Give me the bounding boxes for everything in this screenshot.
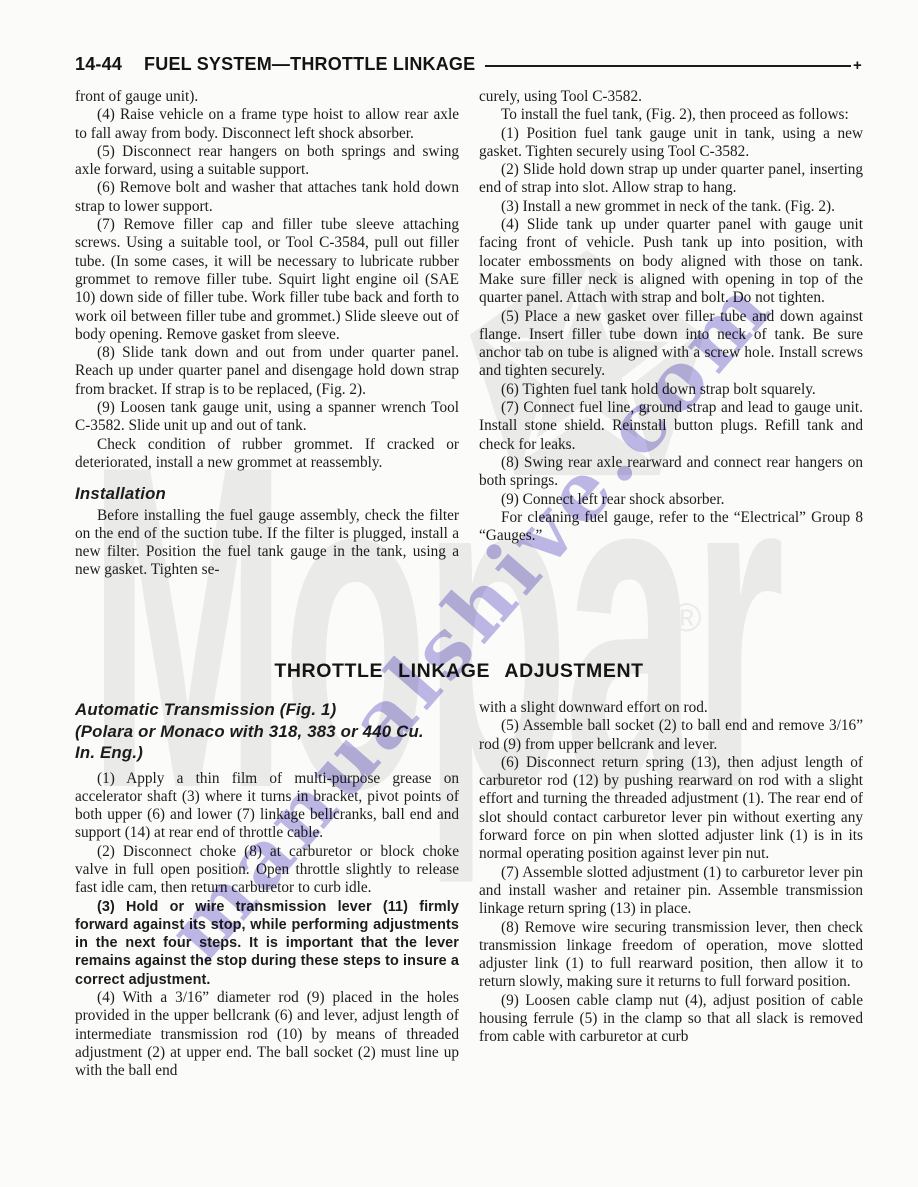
paragraph: For cleaning fuel gauge, refer to the “E…: [479, 509, 863, 546]
right-column-bottom: with a slight downward effort on rod.(5)…: [479, 699, 863, 1047]
paragraph: (2) Slide hold down strap up under quart…: [479, 161, 863, 198]
right-column-top: curely, using Tool C-3582.To install the…: [479, 88, 863, 545]
section-title: THROTTLE LINKAGE ADJUSTMENT: [0, 660, 918, 683]
paragraph-group: Before installing the fuel gauge assembl…: [75, 507, 459, 580]
paragraph: (1) Apply a thin film of multi-purpose g…: [75, 770, 459, 843]
paragraph: (5) Assemble ball socket (2) to ball end…: [479, 717, 863, 754]
paragraph: (9) Loosen tank gauge unit, using a span…: [75, 399, 459, 436]
left-column-top: front of gauge unit).(4) Raise vehicle o…: [75, 88, 459, 580]
installation-heading: Installation: [75, 485, 459, 503]
paragraph: (5) Place a new gasket over filler tube …: [479, 308, 863, 381]
running-header: 14-44 FUEL SYSTEM—THROTTLE LINKAGE +: [75, 54, 862, 75]
paragraph: Check condition of rubber grommet. If cr…: [75, 436, 459, 473]
paragraph: (8) Remove wire securing transmission le…: [479, 919, 863, 992]
paragraph: (4) Slide tank up under quarter panel wi…: [479, 216, 863, 307]
paragraph: (5) Disconnect rear hangers on both spri…: [75, 143, 459, 180]
registered-trademark-icon: ®: [672, 596, 701, 641]
paragraph: (7) Assemble slotted adjustment (1) to c…: [479, 864, 863, 919]
paragraph: Before installing the fuel gauge assembl…: [75, 507, 459, 580]
paragraph-group: with a slight downward effort on rod.(5)…: [479, 699, 863, 1047]
subsection-heading: Automatic Transmission (Fig. 1) (Polara …: [75, 699, 459, 764]
paragraph: with a slight downward effort on rod.: [479, 699, 863, 717]
paragraph: (3) Install a new grommet in neck of the…: [479, 198, 863, 216]
paragraph: (4) Raise vehicle on a frame type hoist …: [75, 106, 459, 143]
subsection-heading-line: (Polara or Monaco with 318, 383 or 440 C…: [75, 721, 459, 743]
paragraph-group: curely, using Tool C-3582.To install the…: [479, 88, 863, 545]
header-rule: [485, 65, 851, 67]
subsection-heading-line: Automatic Transmission (Fig. 1): [75, 699, 459, 721]
paragraph: (1) Position fuel tank gauge unit in tan…: [479, 125, 863, 162]
paragraph: curely, using Tool C-3582.: [479, 88, 863, 106]
paragraph: (3) Hold or wire transmission lever (11)…: [75, 898, 459, 989]
paragraph: (9) Loosen cable clamp nut (4), adjust p…: [479, 992, 863, 1047]
paragraph-group: (1) Apply a thin film of multi-purpose g…: [75, 770, 459, 1081]
paragraph: (2) Disconnect choke (8) at carburetor o…: [75, 843, 459, 898]
paragraph: (6) Remove bolt and washer that attaches…: [75, 179, 459, 216]
paragraph: (7) Connect fuel line, ground strap and …: [479, 399, 863, 454]
paragraph: (6) Tighten fuel tank hold down strap bo…: [479, 381, 863, 399]
paragraph: (8) Slide tank down and out from under q…: [75, 344, 459, 399]
paragraph: To install the fuel tank, (Fig. 2), then…: [479, 106, 863, 124]
paragraph: (7) Remove filler cap and filler tube sl…: [75, 216, 459, 344]
paragraph-group: front of gauge unit).(4) Raise vehicle o…: [75, 88, 459, 472]
paragraph: front of gauge unit).: [75, 88, 459, 106]
subsection-heading-line: In. Eng.): [75, 742, 459, 764]
page-number: 14-44: [75, 54, 122, 75]
page-title: FUEL SYSTEM—THROTTLE LINKAGE: [144, 54, 475, 75]
paragraph: (9) Connect left rear shock absorber.: [479, 491, 863, 509]
left-column-bottom: Automatic Transmission (Fig. 1) (Polara …: [75, 699, 459, 1081]
paragraph: (4) With a 3/16” diameter rod (9) placed…: [75, 989, 459, 1080]
paragraph: (8) Swing rear axle rearward and connect…: [479, 454, 863, 491]
manual-page: Mopar ® 14-44 FUEL SYSTEM—THROTTLE LINKA…: [0, 0, 918, 1187]
registration-mark: +: [853, 57, 862, 74]
paragraph: (6) Disconnect return spring (13), then …: [479, 754, 863, 864]
